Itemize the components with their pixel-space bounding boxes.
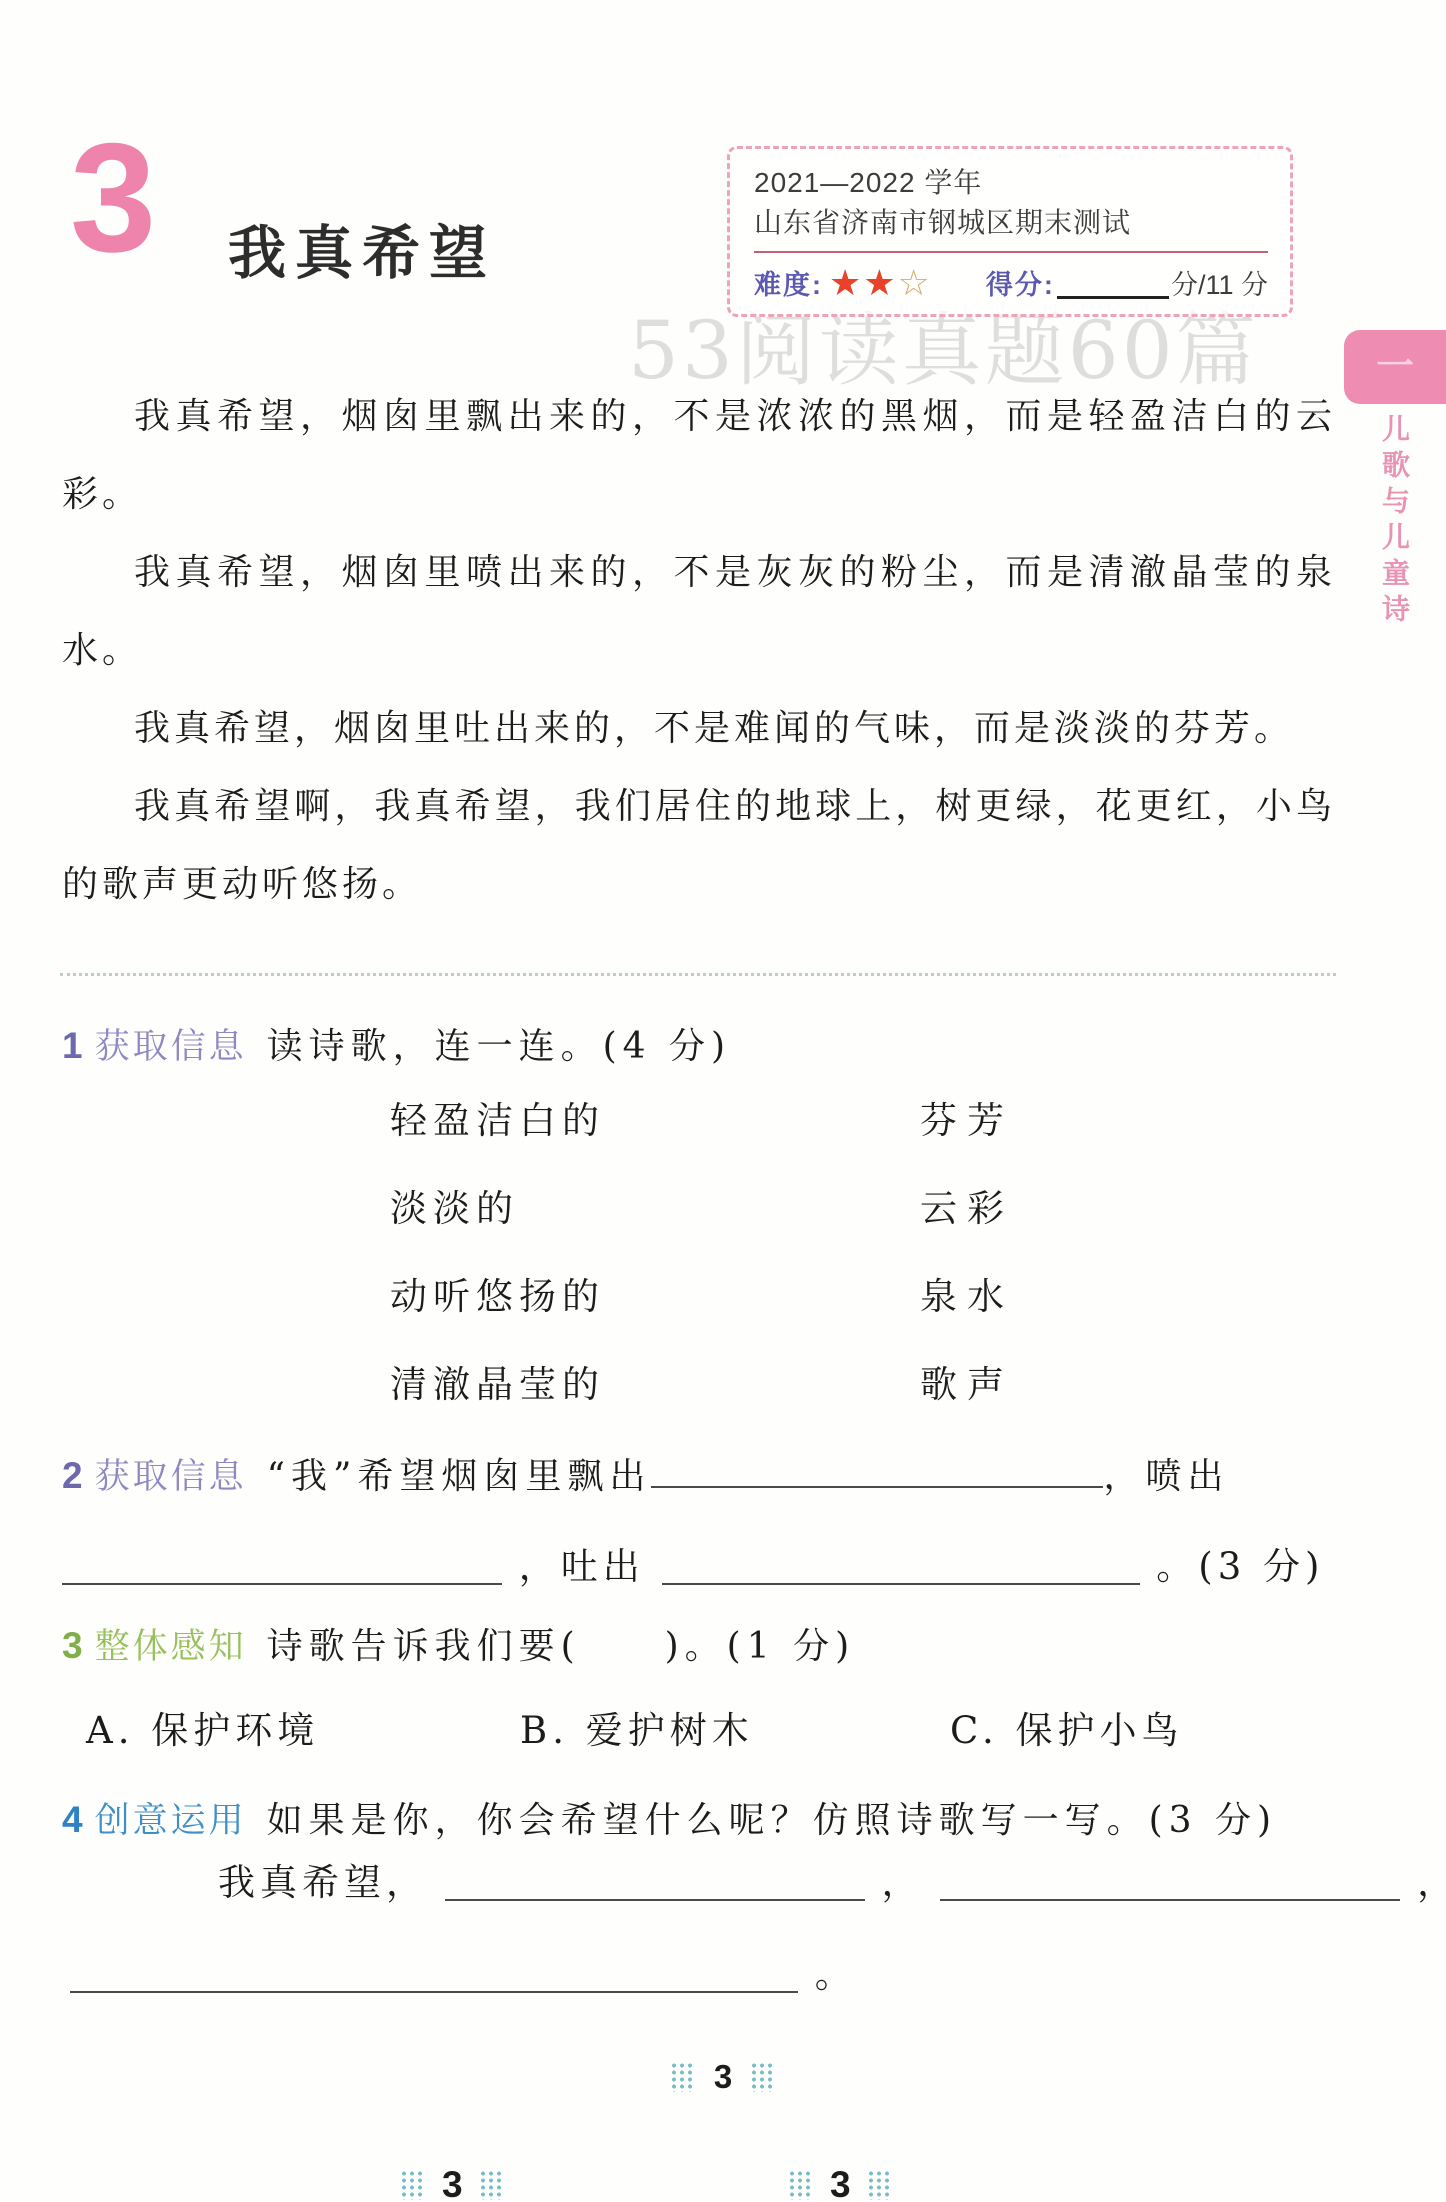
- test-source: 山东省济南市钢城区期末测试: [754, 203, 1268, 243]
- poem-paragraph: 我真希望啊，我真希望，我们居住的地球上，树更绿，花更红，小鸟的歌声更动听悠扬。: [62, 768, 1336, 924]
- page-footer: 3: [0, 2058, 1446, 2096]
- question-3-prompt: 诗歌告诉我们要( )。(1 分): [267, 1618, 856, 1669]
- star-filled-icons: ★★: [829, 265, 898, 301]
- poem-paragraph: 我真希望，烟囱里吐出来的，不是难闻的气味，而是淡淡的芬芳。: [62, 690, 1336, 768]
- question-3-number: 3: [62, 1625, 83, 1667]
- page-footer-bleed-group: 3: [400, 2164, 505, 2202]
- question-2-line-2: ，吐出 。(3 分): [62, 1536, 1324, 1590]
- question-3-options: A. 保护环境 B. 爱护树木 C. 保护小鸟: [62, 1700, 1362, 1750]
- page-number: 3: [714, 2058, 732, 2096]
- answer-blank-q4-1[interactable]: [445, 1861, 865, 1901]
- question-4-separator: ，: [882, 1861, 924, 1904]
- lesson-number: 3: [70, 120, 156, 275]
- sidebar-tab: 一: [1344, 330, 1446, 404]
- test-box-divider: [754, 251, 1268, 253]
- test-year: 2021—2022 学年: [754, 163, 1268, 203]
- match-left-item[interactable]: 轻盈洁白的: [390, 1090, 605, 1144]
- score-suffix: 分/11 分: [1171, 263, 1268, 302]
- match-row: 轻盈洁白的 芬芳: [62, 1090, 1302, 1178]
- dots-icon: [670, 2062, 696, 2092]
- page-number: 3: [442, 2164, 463, 2202]
- sidebar-tab-marker: 一: [1376, 348, 1414, 386]
- difficulty-score-row: 难度: ★★ ☆ 得分: 分/11 分: [754, 263, 1268, 302]
- question-2-tag: 获取信息: [95, 1449, 247, 1499]
- poem-paragraph: 我真希望，烟囱里喷出来的，不是灰灰的粉尘，而是清澈晶莹的泉水。: [62, 534, 1336, 690]
- question-4-number: 4: [62, 1799, 83, 1841]
- match-right-item[interactable]: 云彩: [920, 1178, 1014, 1232]
- page-footer-bleed: 3 3: [0, 2164, 1446, 2202]
- score-blank[interactable]: [1057, 267, 1169, 299]
- question-1-tag: 获取信息: [95, 1019, 247, 1069]
- poem-text: 我真希望，烟囱里飘出来的，不是浓浓的黑烟，而是轻盈洁白的云彩。 我真希望，烟囱里…: [62, 378, 1336, 924]
- question-4-header: 4 创意运用 如果是你，你会希望什么呢？仿照诗歌写一写。(3 分): [62, 1792, 1277, 1843]
- poem-paragraph: 我真希望，烟囱里飘出来的，不是浓浓的黑烟，而是轻盈洁白的云彩。: [62, 378, 1336, 534]
- option-a[interactable]: A. 保护环境: [86, 1700, 319, 1754]
- star-empty-icon: ☆: [898, 265, 930, 301]
- match-left-item[interactable]: 动听悠扬的: [390, 1266, 605, 1320]
- match-left-item[interactable]: 清澈晶莹的: [390, 1354, 605, 1408]
- question-4-separator: ，: [1417, 1861, 1446, 1904]
- question-2-text-part4: 。(3 分): [1156, 1545, 1324, 1588]
- question-1-header: 1 获取信息 读诗歌，连一连。(4 分): [62, 1018, 731, 1069]
- question-3-header: 3 整体感知 诗歌告诉我们要( )。(1 分): [62, 1618, 855, 1669]
- page-number: 3: [830, 2164, 851, 2202]
- answer-blank-q4-3[interactable]: [70, 1953, 798, 1993]
- test-info-box: 2021—2022 学年 山东省济南市钢城区期末测试 难度: ★★ ☆ 得分: …: [727, 146, 1293, 317]
- question-1-number: 1: [62, 1025, 83, 1067]
- match-right-item[interactable]: 芬芳: [920, 1090, 1014, 1144]
- question-4-prompt: 如果是你，你会希望什么呢？仿照诗歌写一写。(3 分): [267, 1792, 1277, 1843]
- workbook-page: { "colors": { "accent_pink": "#ee84ac", …: [0, 0, 1446, 2202]
- dots-icon: [867, 2170, 893, 2200]
- question-4-tag: 创意运用: [95, 1793, 247, 1843]
- dots-icon: [400, 2170, 426, 2200]
- match-left-item[interactable]: 淡淡的: [390, 1178, 519, 1232]
- section-divider: [60, 973, 1336, 976]
- match-row: 动听悠扬的 泉水: [62, 1266, 1302, 1354]
- dots-icon: [788, 2170, 814, 2200]
- answer-blank-q2-3[interactable]: [662, 1545, 1140, 1585]
- difficulty-label: 难度:: [754, 263, 823, 302]
- match-row: 清澈晶莹的 歌声: [62, 1354, 1302, 1442]
- matching-exercise: 轻盈洁白的 芬芳 淡淡的 云彩 动听悠扬的 泉水 清澈晶莹的 歌声: [62, 1090, 1302, 1442]
- question-2-text-part1: “我”希望烟囱里飘出: [267, 1448, 652, 1499]
- score-label: 得分:: [986, 263, 1055, 302]
- match-right-item[interactable]: 歌声: [920, 1354, 1014, 1408]
- match-right-item[interactable]: 泉水: [920, 1266, 1014, 1320]
- answer-blank-q2-1[interactable]: [651, 1448, 1103, 1488]
- question-2-number: 2: [62, 1455, 83, 1497]
- question-3-tag: 整体感知: [95, 1619, 247, 1669]
- question-1-prompt: 读诗歌，连一连。(4 分): [267, 1018, 731, 1069]
- question-2-header: 2 获取信息 “我”希望烟囱里飘出 ，喷出: [62, 1448, 1229, 1499]
- option-c[interactable]: C. 保护小鸟: [950, 1700, 1184, 1754]
- match-row: 淡淡的 云彩: [62, 1178, 1302, 1266]
- question-4-answer-line-1: 我真希望， ， ，: [218, 1852, 1446, 1906]
- question-2-text-part2: ，喷出: [1103, 1448, 1229, 1499]
- page-footer-bleed-group: 3: [788, 2164, 893, 2202]
- answer-blank-q2-2[interactable]: [62, 1545, 502, 1585]
- dots-icon: [750, 2062, 776, 2092]
- option-b[interactable]: B. 爱护树木: [520, 1700, 754, 1754]
- lesson-title: 我真希望: [228, 206, 496, 290]
- question-2-text-part3: ，吐出: [519, 1545, 645, 1588]
- dots-icon: [479, 2170, 505, 2200]
- question-4-answer-line-2: 。: [70, 1944, 857, 1998]
- answer-blank-q4-2[interactable]: [940, 1861, 1400, 1901]
- question-4-answer-lead: 我真希望，: [218, 1861, 428, 1904]
- sidebar-category-label: 儿歌与儿童诗: [1374, 414, 1414, 630]
- question-4-end-mark: 。: [815, 1953, 857, 1996]
